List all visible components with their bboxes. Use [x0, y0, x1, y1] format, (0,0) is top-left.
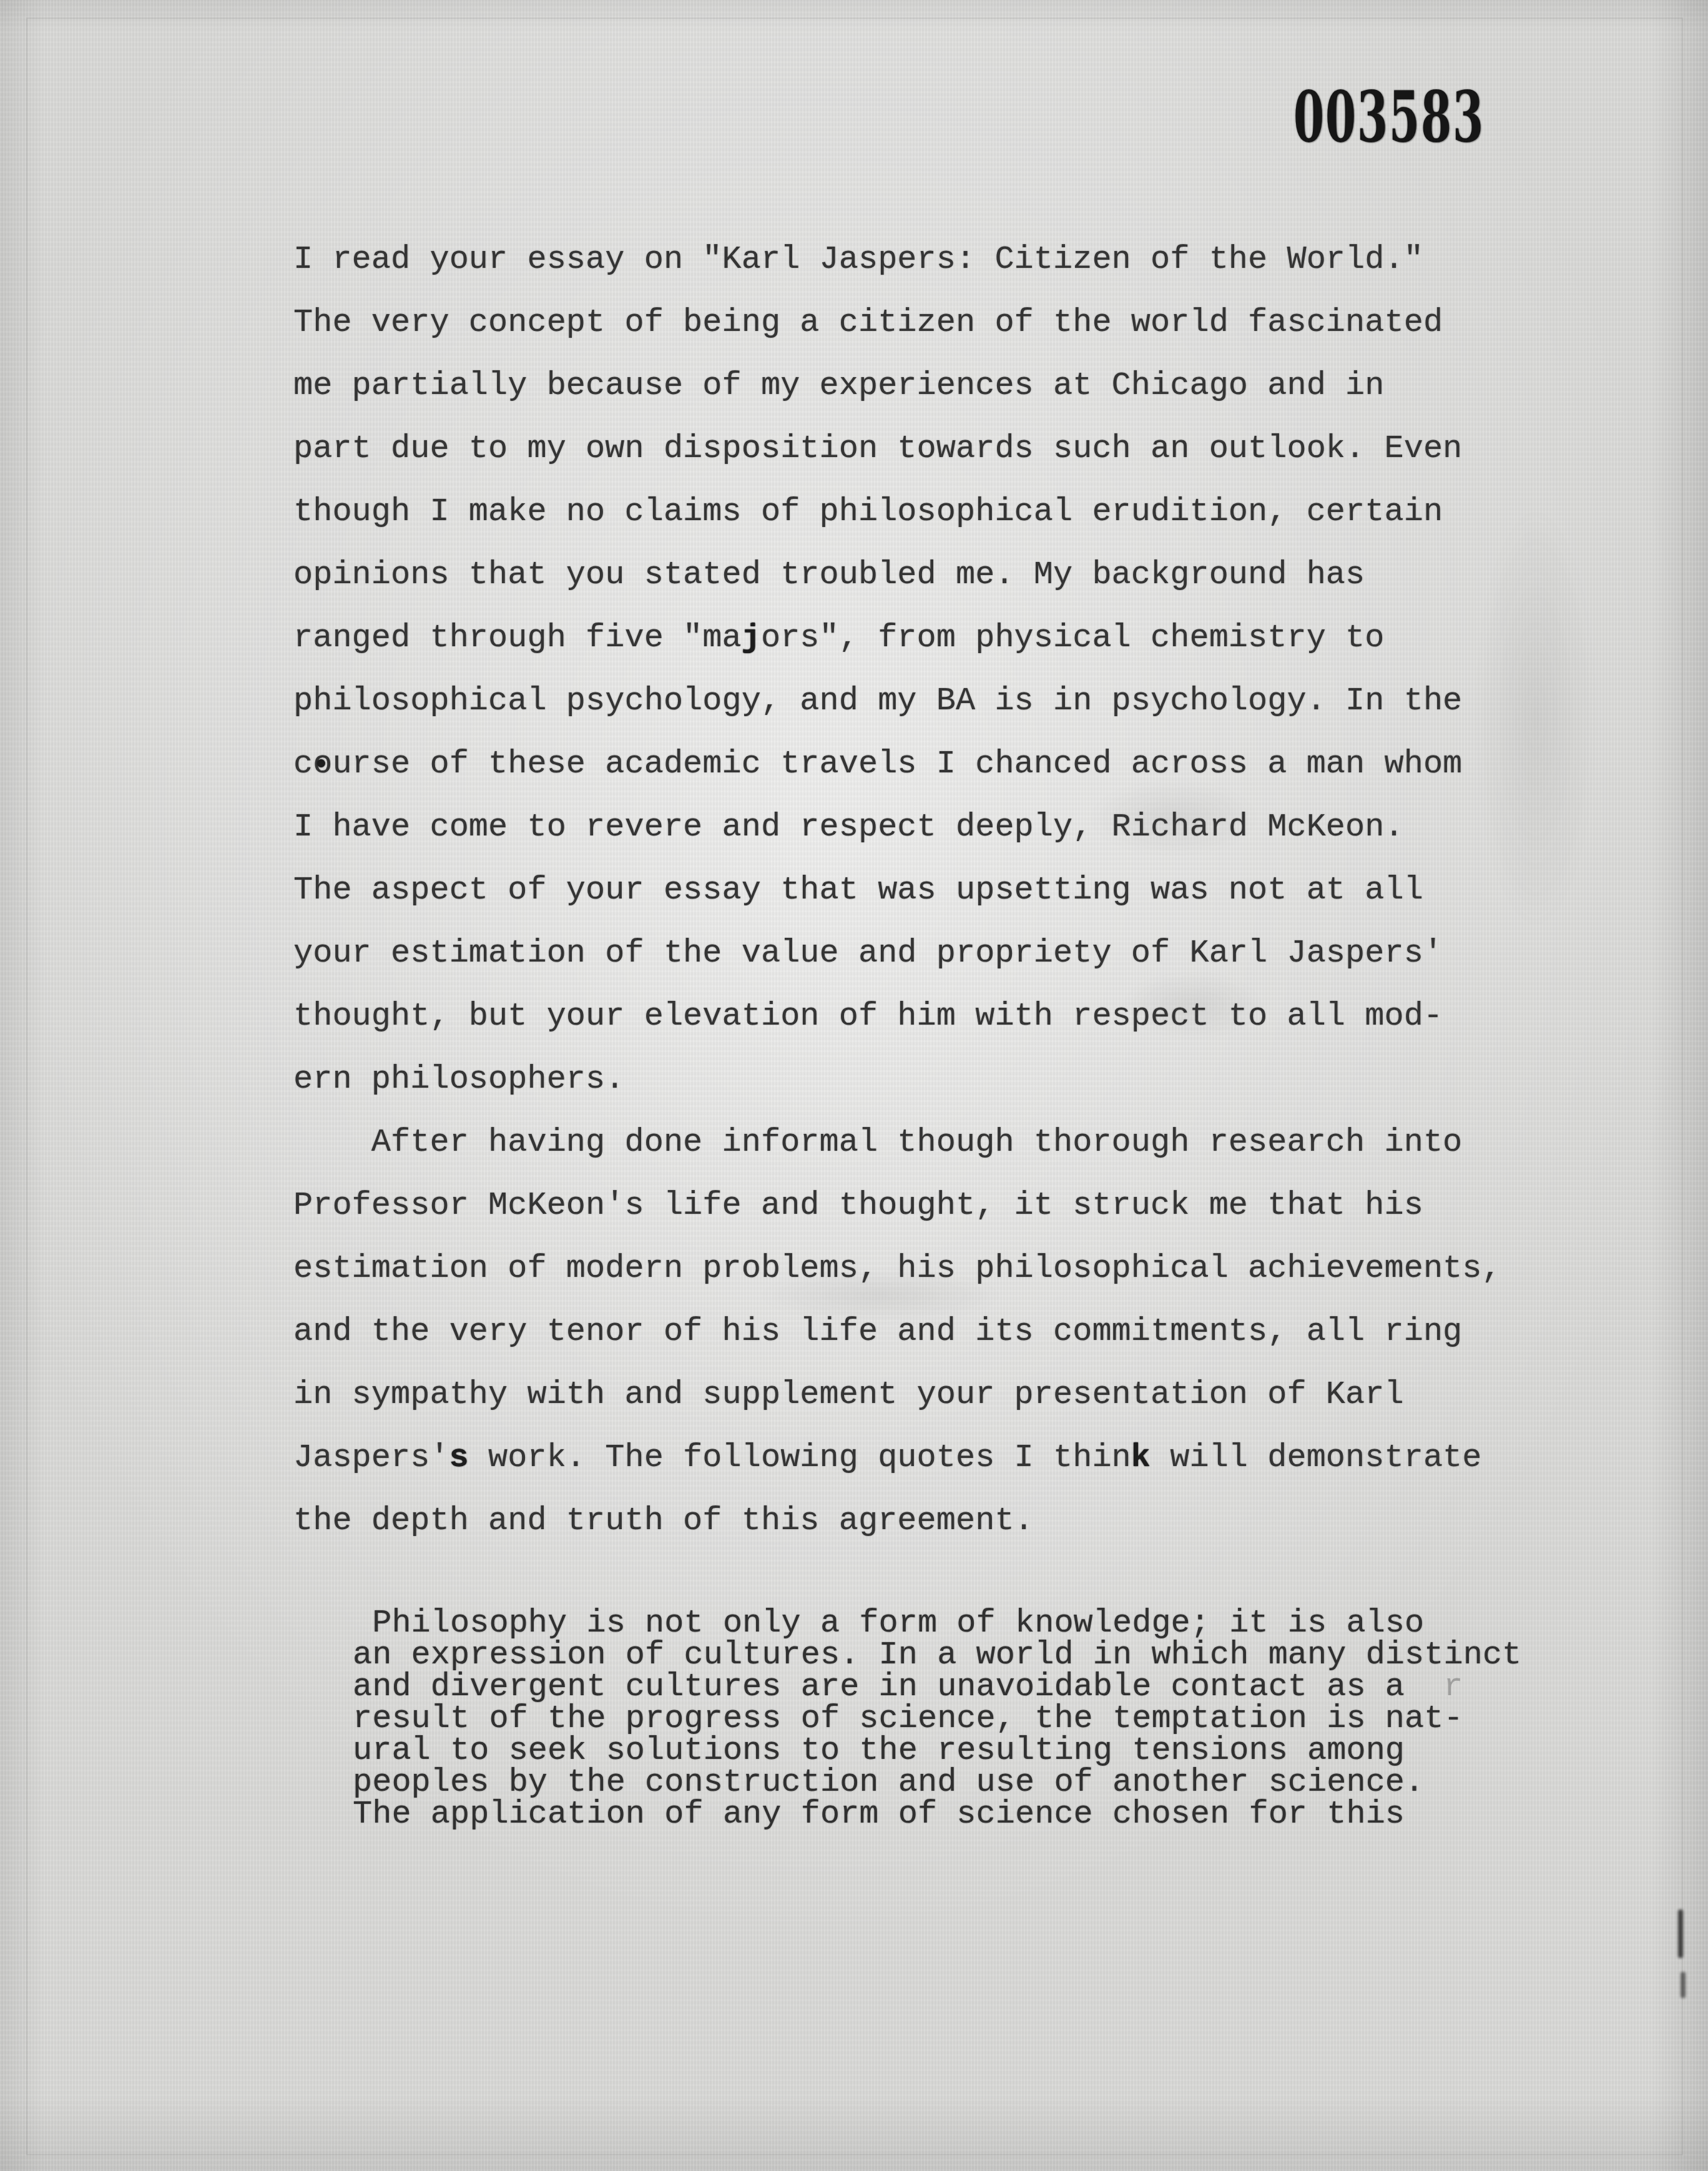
text-line: The very concept of being a citizen of t…: [293, 291, 1501, 354]
text-line: I have come to revere and respect deeply…: [293, 795, 1501, 859]
text-line: in sympathy with and supplement your pre…: [293, 1363, 1501, 1426]
text-line: ern philosophers.: [293, 1048, 1501, 1111]
scan-edge-streak: [1678, 1909, 1683, 1958]
text-line: though I make no claims of philosophical…: [293, 480, 1501, 543]
text-line: The aspect of your essay that was upsett…: [293, 859, 1501, 922]
scanned-letter-page: 003583 I read your essay on "Karl Jasper…: [0, 0, 1708, 2171]
ink-overstrike: ●: [315, 755, 326, 774]
text-line: philosophical psychology, and my BA is i…: [293, 669, 1501, 732]
text-line: opinions that you stated troubled me. My…: [293, 543, 1501, 606]
ink-overstrike: s: [449, 1426, 469, 1489]
text-line: the depth and truth of this agreement.: [293, 1489, 1501, 1552]
ink-overstrike: k: [1131, 1426, 1151, 1489]
text-line: an expression of cultures. In a world in…: [353, 1639, 1521, 1671]
text-line: Professor McKeon's life and thought, it …: [293, 1174, 1501, 1237]
block-quote: Philosophy is not only a form of knowled…: [353, 1607, 1521, 1830]
text-line: Jaspers's work. The following quotes I t…: [293, 1426, 1501, 1489]
text-line: Philosophy is not only a form of knowled…: [353, 1607, 1521, 1639]
text-line: thought, but your elevation of him with …: [293, 985, 1501, 1048]
text-line: ranged through five "majors", from physi…: [293, 606, 1501, 669]
page-number-stamp: 003583: [1293, 82, 1485, 152]
text-line: part due to my own disposition towards s…: [293, 417, 1501, 480]
text-line: and divergent cultures are in unavoidabl…: [353, 1671, 1521, 1703]
text-line: me partially because of my experiences a…: [293, 354, 1501, 417]
faint-stray-mark: r: [1443, 1671, 1463, 1703]
text-line: I read your essay on "Karl Jaspers: Citi…: [293, 228, 1501, 291]
letter-body: I read your essay on "Karl Jaspers: Citi…: [293, 228, 1501, 1552]
ink-overstrike: j: [742, 606, 761, 669]
text-line: After having done informal though thorou…: [293, 1111, 1501, 1174]
text-line: peoples by the construction and use of a…: [353, 1766, 1521, 1798]
text-line: your estimation of the value and proprie…: [293, 922, 1501, 985]
text-line: estimation of modern problems, his philo…: [293, 1237, 1501, 1300]
scan-edge-streak: [1681, 1972, 1686, 1998]
text-line: and the very tenor of his life and its c…: [293, 1300, 1501, 1363]
text-line: ural to seek solutions to the resulting …: [353, 1735, 1521, 1766]
text-line: course of these academic travels I chanc…: [293, 732, 1501, 795]
text-line: The application of any form of science c…: [353, 1798, 1521, 1830]
text-line: result of the progress of science, the t…: [353, 1703, 1521, 1735]
